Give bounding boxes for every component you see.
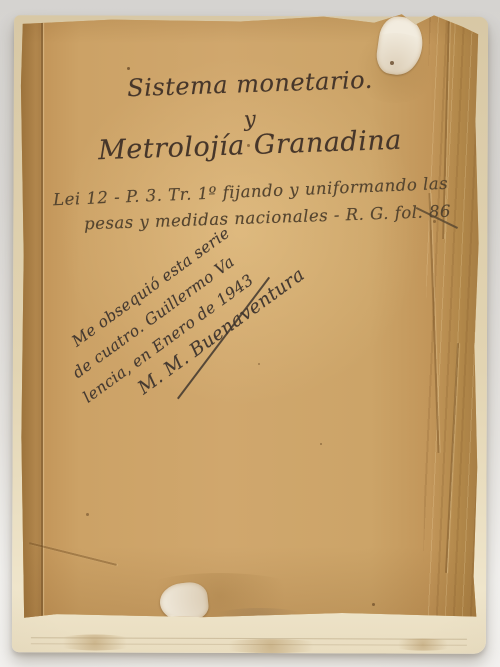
title-conjunction: y — [243, 107, 257, 132]
title-line-1: Sistema monetario. — [127, 66, 373, 103]
foxing-spot — [320, 443, 322, 445]
photo-of-manuscript: Sistema monetario. y Metrolojía Granadin… — [0, 0, 500, 667]
foxing-spot — [86, 513, 89, 516]
foxing-spot — [127, 67, 130, 70]
left-edge-shading — [20, 13, 41, 619]
foxing-spot — [390, 61, 394, 65]
right-edge-crumple — [423, 13, 481, 620]
manuscript-cover: Sistema monetario. y Metrolojía Granadin… — [20, 13, 480, 619]
foxing-spot — [372, 603, 375, 606]
stain — [211, 639, 331, 653]
title-line-2: Metrolojía Granadina — [98, 125, 403, 167]
stain — [387, 638, 457, 650]
spine-fold-crease — [41, 13, 43, 619]
foxing-spot — [258, 363, 260, 365]
stain — [50, 634, 140, 650]
